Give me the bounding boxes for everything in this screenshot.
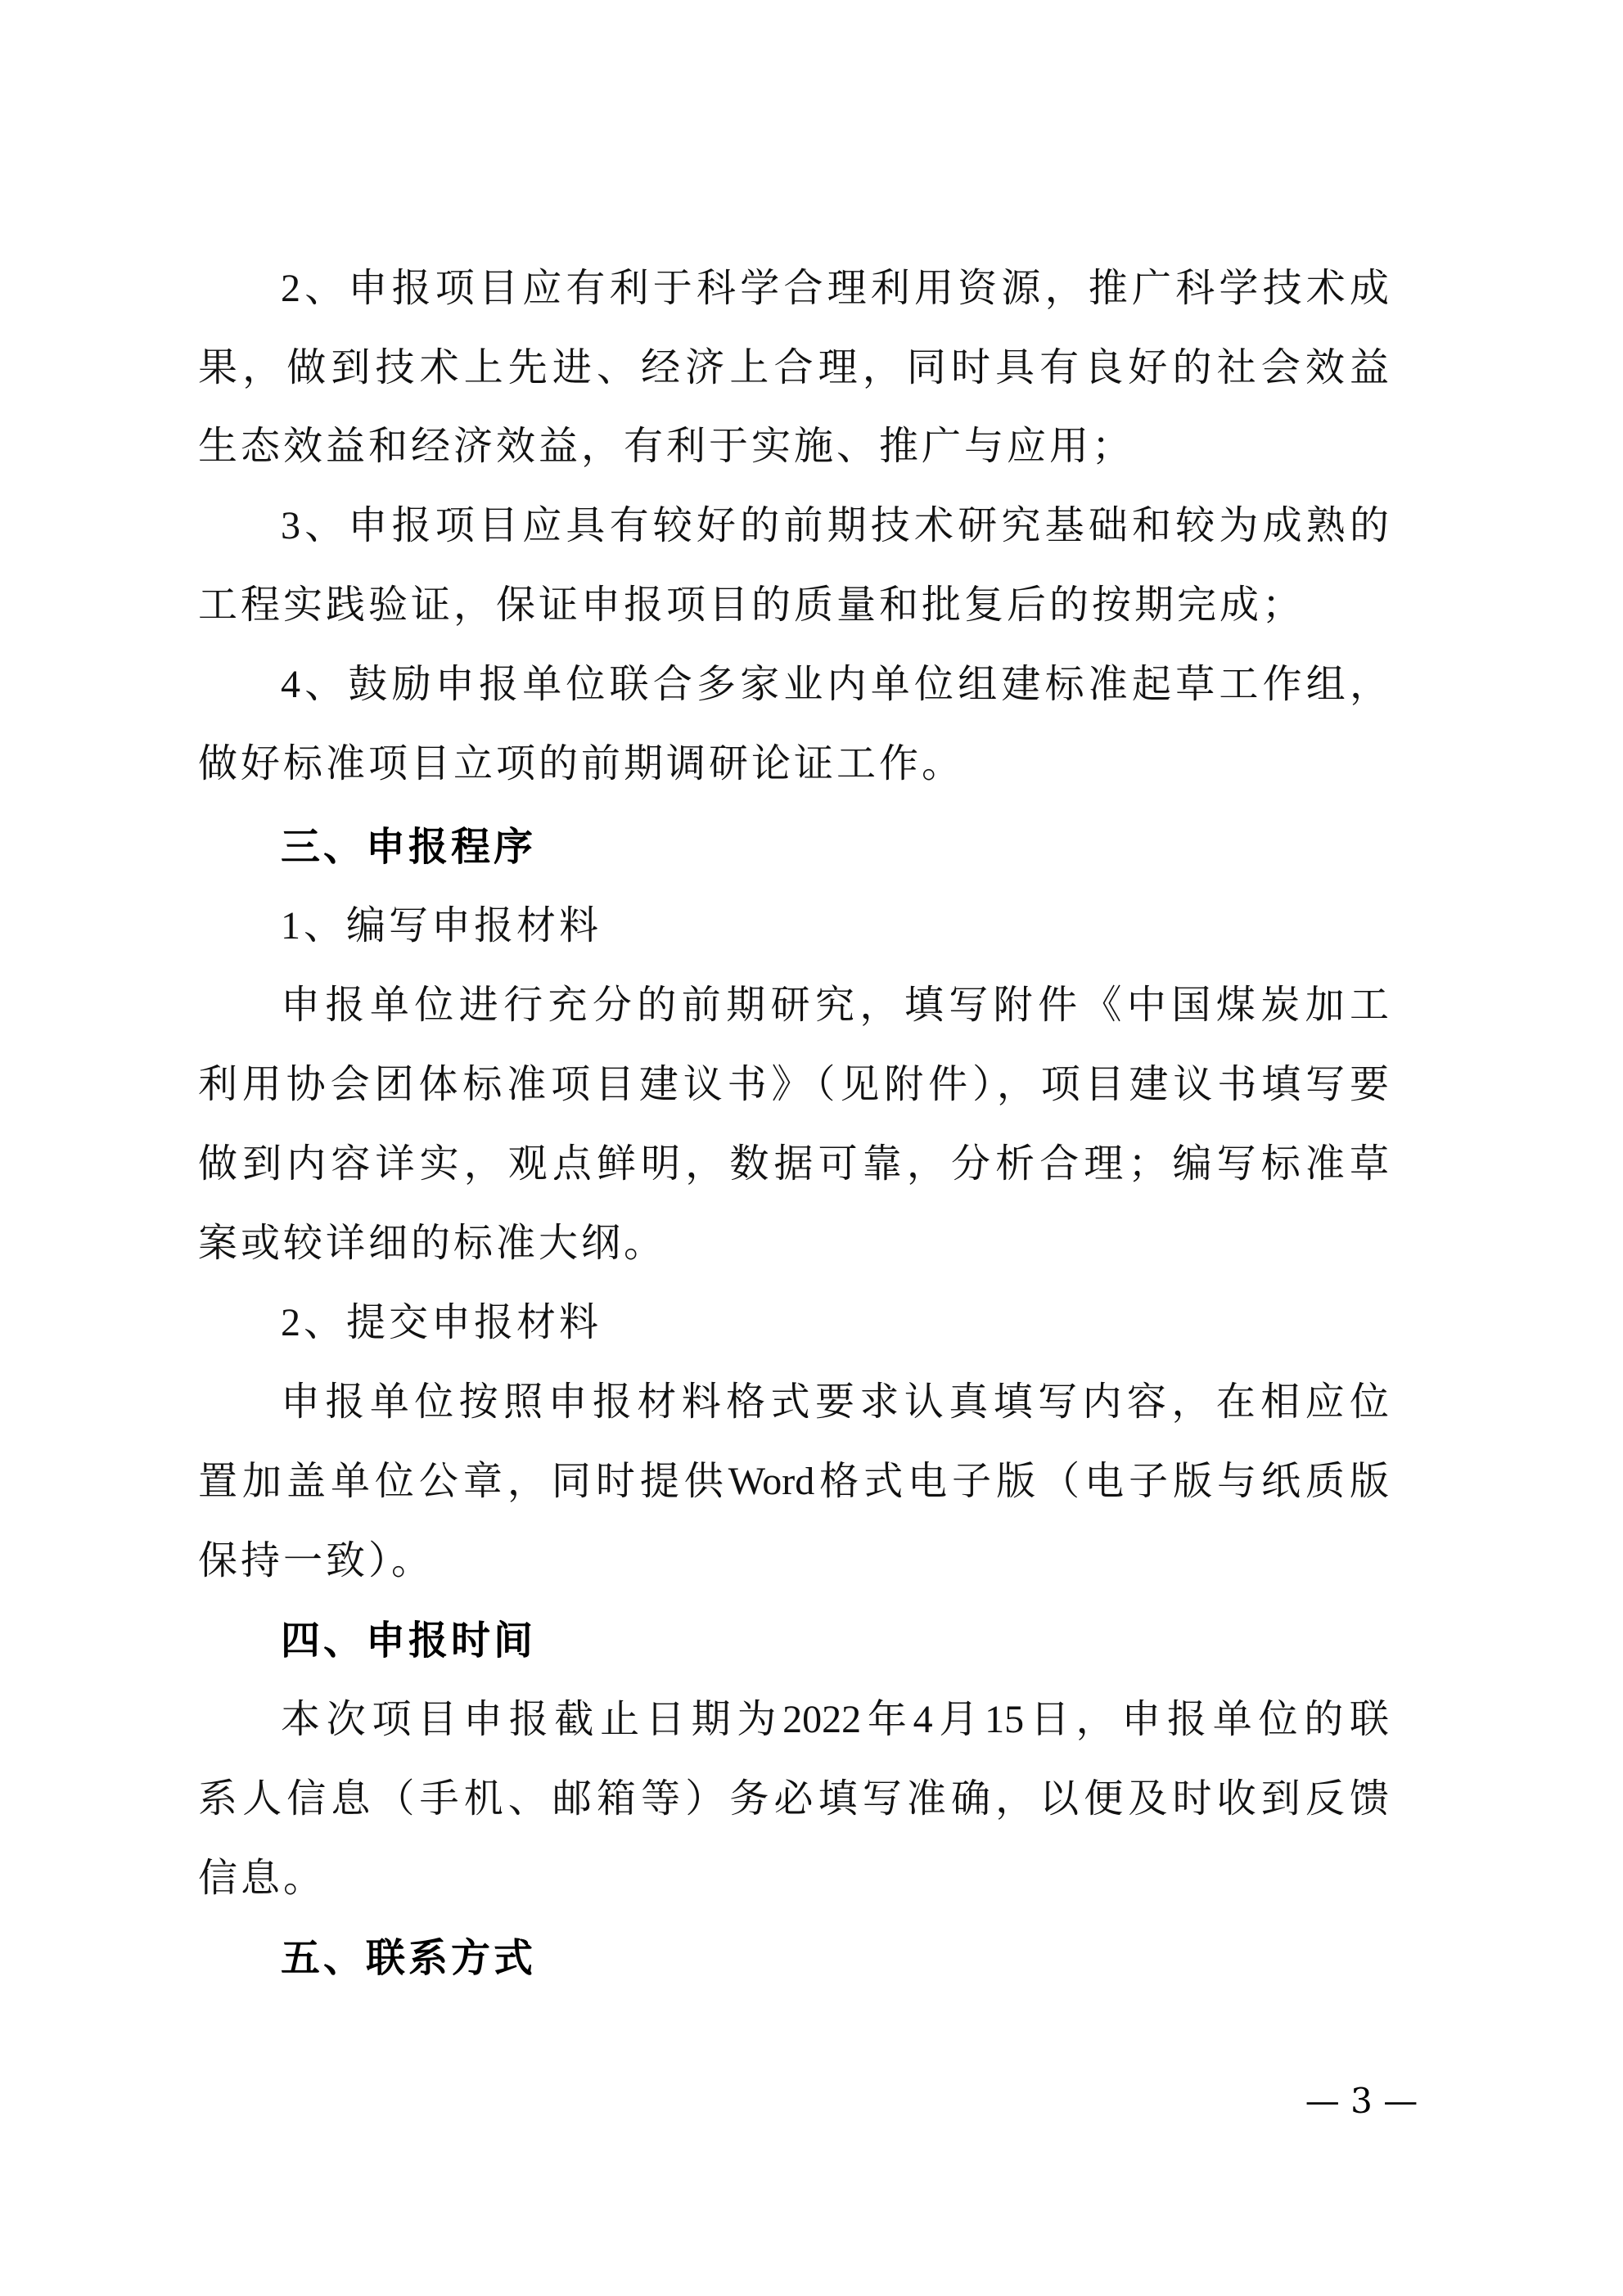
paragraph-line: 案或较详细的标准大纲。 (198, 1219, 1389, 1268)
paragraph-line: 果，做到技术上先进、经济上合理，同时具有良好的社会效益 (198, 344, 1389, 393)
section-heading-deadline: 四、申报时间 (281, 1616, 1389, 1665)
section-heading-contact: 五、联系方式 (281, 1934, 1389, 1983)
paragraph-line: 保持一致）。 (198, 1537, 1389, 1586)
paragraph-line: 申报单位按照申报材料格式要求认真填写内容，在相应位 (281, 1378, 1389, 1427)
paragraph-line: 生态效益和经济效益，有利于实施、推广与应用； (198, 422, 1389, 471)
paragraph-line: 工程实践验证，保证申报项目的质量和批复后的按期完成； (198, 581, 1389, 630)
page-number: — 3 — (1290, 2078, 1433, 2124)
paragraph-line: 系人信息（手机、邮箱等）务必填写准确，以便及时收到反馈 (198, 1775, 1389, 1824)
paragraph-line: 2、申报项目应有利于科学合理利用资源，推广科学技术成 (281, 264, 1389, 313)
paragraph-line: 申报单位进行充分的前期研究，填写附件《中国煤炭加工 (281, 981, 1389, 1030)
section-heading-procedure: 三、申报程序 (281, 822, 1389, 871)
paragraph-line: 信息。 (198, 1854, 1389, 1903)
paragraph-line: 4、鼓励申报单位联合多家业内单位组建标准起草工作组， (281, 660, 1389, 709)
subsection-heading-prepare: 1、编写申报材料 (281, 902, 1389, 951)
document-page: 2、申报项目应有利于科学合理利用资源，推广科学技术成 果，做到技术上先进、经济上… (0, 0, 1623, 2296)
paragraph-line: 本次项目申报截止日期为2022年4月15日，申报单位的联 (281, 1695, 1389, 1745)
paragraph-line: 3、申报项目应具有较好的前期技术研究基础和较为成熟的 (281, 502, 1389, 551)
paragraph-line: 置加盖单位公章，同时提供Word格式电子版（电子版与纸质版 (198, 1457, 1389, 1506)
paragraph-line: 利用协会团体标准项目建议书》（见附件），项目建议书填写要 (198, 1060, 1389, 1110)
subsection-heading-submit: 2、提交申报材料 (281, 1299, 1389, 1348)
paragraph-line: 做好标准项目立项的前期调研论证工作。 (198, 740, 1389, 789)
paragraph-line: 做到内容详实，观点鲜明，数据可靠，分析合理；编写标准草 (198, 1140, 1389, 1189)
